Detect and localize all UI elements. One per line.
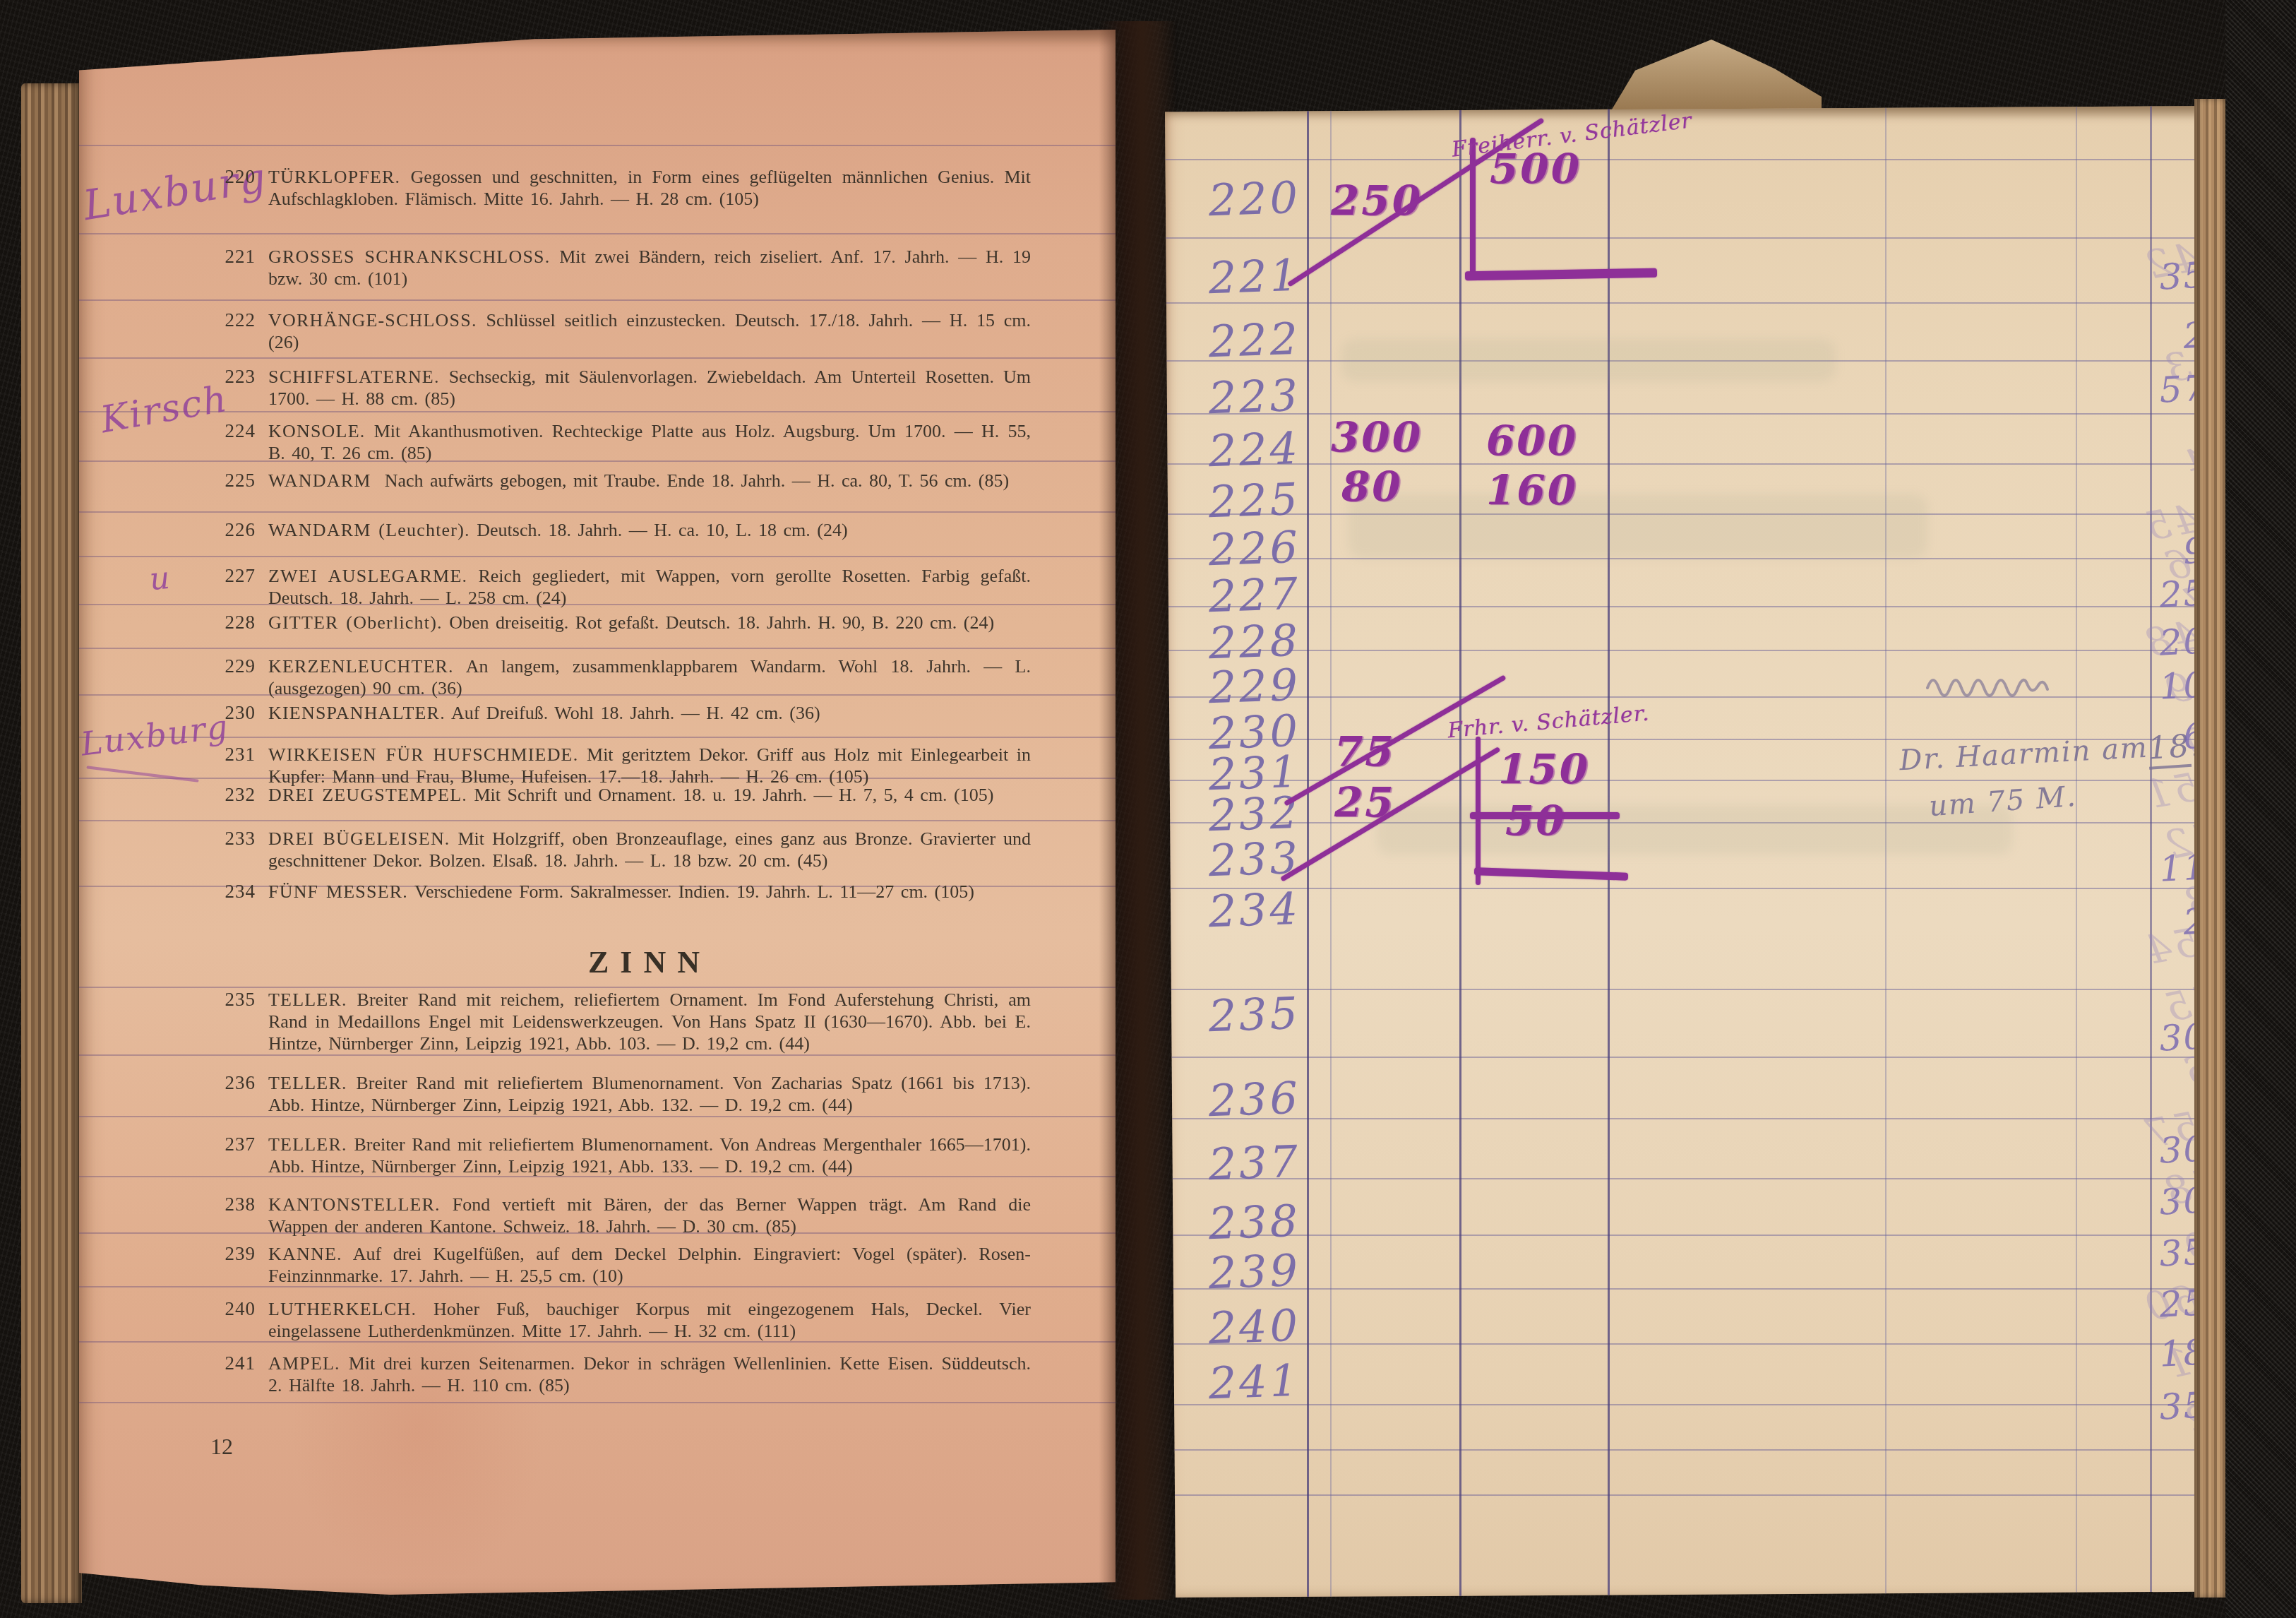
lot-number: 222 [162,309,256,331]
ruled-line [1165,1057,2228,1058]
hammer-value: 600 [1486,417,1578,465]
ruled-line [1165,1288,2228,1290]
lot-number: 238 [162,1194,256,1215]
entry-text: WIRKEISEN FÜR HUFSCHMIEDE. Mit geritztem… [268,744,1031,787]
ledger-row-number: 223 [1205,369,1301,424]
ruled-line [79,737,1116,738]
entry-text: AMPEL. Mit drei kurzen Seitenarmen. Deko… [268,1352,1031,1396]
entry-text: TELLER. Breiter Rand mit reichem, relief… [268,989,1031,1054]
ledger-row-number: 241 [1205,1355,1301,1410]
margin-note-luxburg: Luxburg [80,153,270,230]
ledger-row-number: 236 [1205,1072,1301,1127]
lot-number: 226 [162,519,256,541]
ruled-line [79,233,1116,234]
lot-number: 223 [162,366,256,388]
ruled-line [79,357,1116,359]
lot-number: 225 [162,470,256,492]
ruled-line [79,1116,1116,1117]
entry-text: KANTONSTELLER. Fond vertieft mit Bären, … [268,1194,1031,1237]
hammer-value: 150 [1498,745,1590,793]
underline-mark [1474,867,1628,881]
entry-text: WANDARM (Leuchter). Deutsch. 18. Jahrh. … [268,519,1031,541]
ledger-row-number: 221 [1205,249,1301,304]
lot-number: 234 [162,881,256,903]
lot-number: 224 [162,420,256,442]
binding-cloth [2225,0,2296,1618]
pencil-note-price: um 75 M. [1928,780,2078,823]
ruled-line [1165,463,2228,465]
ruled-line [79,511,1116,513]
entry-text: KANNE. Auf drei Kugelfüßen, auf dem Deck… [268,1243,1031,1287]
torn-paper-flap [1610,40,1822,113]
hammer-value: 50 [1505,797,1567,845]
bid-value: 300 [1331,413,1423,461]
ruled-line [79,987,1116,988]
entry-text: KONSOLE. Mit Akanthusmotiven. Rechteckig… [268,420,1031,464]
ruled-line [79,1054,1116,1056]
pencil-scribble [1924,658,2076,701]
ruled-line [79,648,1116,649]
ledger-row-number: 235 [1205,987,1301,1042]
ruled-line [1165,1404,2228,1405]
entry-text: VORHÄNGE-SCHLOSS. Schlüssel seitlich ein… [268,309,1031,353]
ledger-row-number: 234 [1205,883,1301,938]
lot-number: 229 [162,655,256,677]
bid-value-struck: 250 [1331,177,1423,225]
entry-text: GROSSES SCHRANKSCHLOSS. Mit zwei Bändern… [268,246,1031,290]
ruled-line [79,556,1116,557]
entry-text: LUTHERKELCH. Hoher Fuß, bauchiger Korpus… [268,1298,1031,1342]
bid-value: 80 [1341,463,1403,511]
ruled-line [1165,1449,2228,1451]
entry-text: WANDARM Nach aufwärts gebogen, mit Traub… [268,470,1031,492]
ledger-row-number: 238 [1205,1195,1301,1250]
ruled-line [1165,413,2228,415]
ruled-line [1165,606,2228,607]
lot-number: 236 [162,1072,256,1094]
ruled-line [1165,1343,2228,1345]
underline-mark [1465,268,1657,281]
lot-number: 239 [162,1243,256,1265]
lot-number: 220 [162,166,256,188]
catalog-page: Luxburg Kirsch u Luxburg 220TÜRKLOPFER. … [79,30,1116,1595]
entry-text: ZWEI AUSLEGARME. Reich gegliedert, mit W… [268,565,1031,609]
ruled-line [1165,558,2228,559]
ruled-line [79,145,1116,146]
gutter-shadow [1099,21,1178,1600]
ruled-line [79,411,1116,412]
ledger-row-number: 220 [1205,172,1301,227]
ledger-row-number: 225 [1205,473,1301,528]
ruled-line [1165,237,2228,239]
lot-number: 227 [162,565,256,587]
lot-number: 235 [162,989,256,1011]
lot-number: 240 [162,1298,256,1320]
ruled-line [1165,302,2228,304]
ledger-row-number: 224 [1205,422,1301,477]
lot-number: 230 [162,702,256,724]
bleed-smudge [1341,339,1836,381]
entry-text: DREI ZEUGSTEMPEL. Mit Schrift und Orname… [268,784,1031,806]
ruled-line [1165,989,2228,990]
ruled-line [1165,159,2228,160]
ruled-line [79,299,1116,301]
entry-text: KERZENLEUCHTER. An langem, zusammenklapp… [268,655,1031,699]
entry-text: TELLER. Breiter Rand mit reliefiertem Bl… [268,1072,1031,1116]
lot-number: 228 [162,612,256,633]
column-line [2076,106,2077,1598]
ledger-page: 220 221 222 223 224 225 226 227 228 229 … [1165,106,2228,1598]
lot-number: 237 [162,1134,256,1155]
page-number: 12 [210,1434,233,1460]
ruled-line [1165,1494,2228,1496]
lot-number: 221 [162,246,256,268]
bleed-smudge [1349,494,1927,558]
ruled-line [1165,1118,2228,1119]
entry-text: SCHIFFSLATERNE. Sechseckig, mit Säulenvo… [268,366,1031,410]
section-header-zinn: ZINN [268,944,1031,980]
hammer-value: 160 [1486,466,1578,514]
ledger-row-number: 240 [1205,1299,1301,1355]
entry-text: GITTER (Oberlicht). Oben dreiseitig. Rot… [268,612,1031,633]
lot-number: 233 [162,828,256,850]
entry-text: TÜRKLOPFER. Gegossen und geschnitten, in… [268,166,1031,210]
lot-number: 241 [162,1352,256,1374]
entry-text: FÜNF MESSER. Verschiedene Form. Sakralme… [268,881,1031,903]
ledger-row-number: 222 [1205,313,1301,368]
margin-flourish [86,766,198,782]
ruled-line [1165,650,2228,651]
ledger-row-number: 239 [1205,1244,1301,1299]
ruled-line [1165,888,2228,889]
ledger-row-number: 237 [1205,1136,1301,1191]
column-line [1307,106,1309,1598]
book-scan: Luxburg Kirsch u Luxburg 220TÜRKLOPFER. … [0,0,2296,1618]
ruled-line [79,1402,1116,1403]
ruled-line [79,820,1116,821]
entry-text: DREI BÜGELEISEN. Mit Holzgriff, oben Bro… [268,828,1031,872]
ruled-line [1165,1235,2228,1236]
ruled-line [1165,1178,2228,1179]
entry-text: TELLER. Breiter Rand mit reliefiertem Bl… [268,1134,1031,1177]
buyer-note: Frhr. v. Schätzler. [1447,701,1650,744]
page-stack-edge [21,83,82,1603]
entry-text: KIENSPANHALTER. Auf Dreifuß. Wohl 18. Ja… [268,702,1031,724]
lot-number: 232 [162,784,256,806]
lot-number: 231 [162,744,256,766]
